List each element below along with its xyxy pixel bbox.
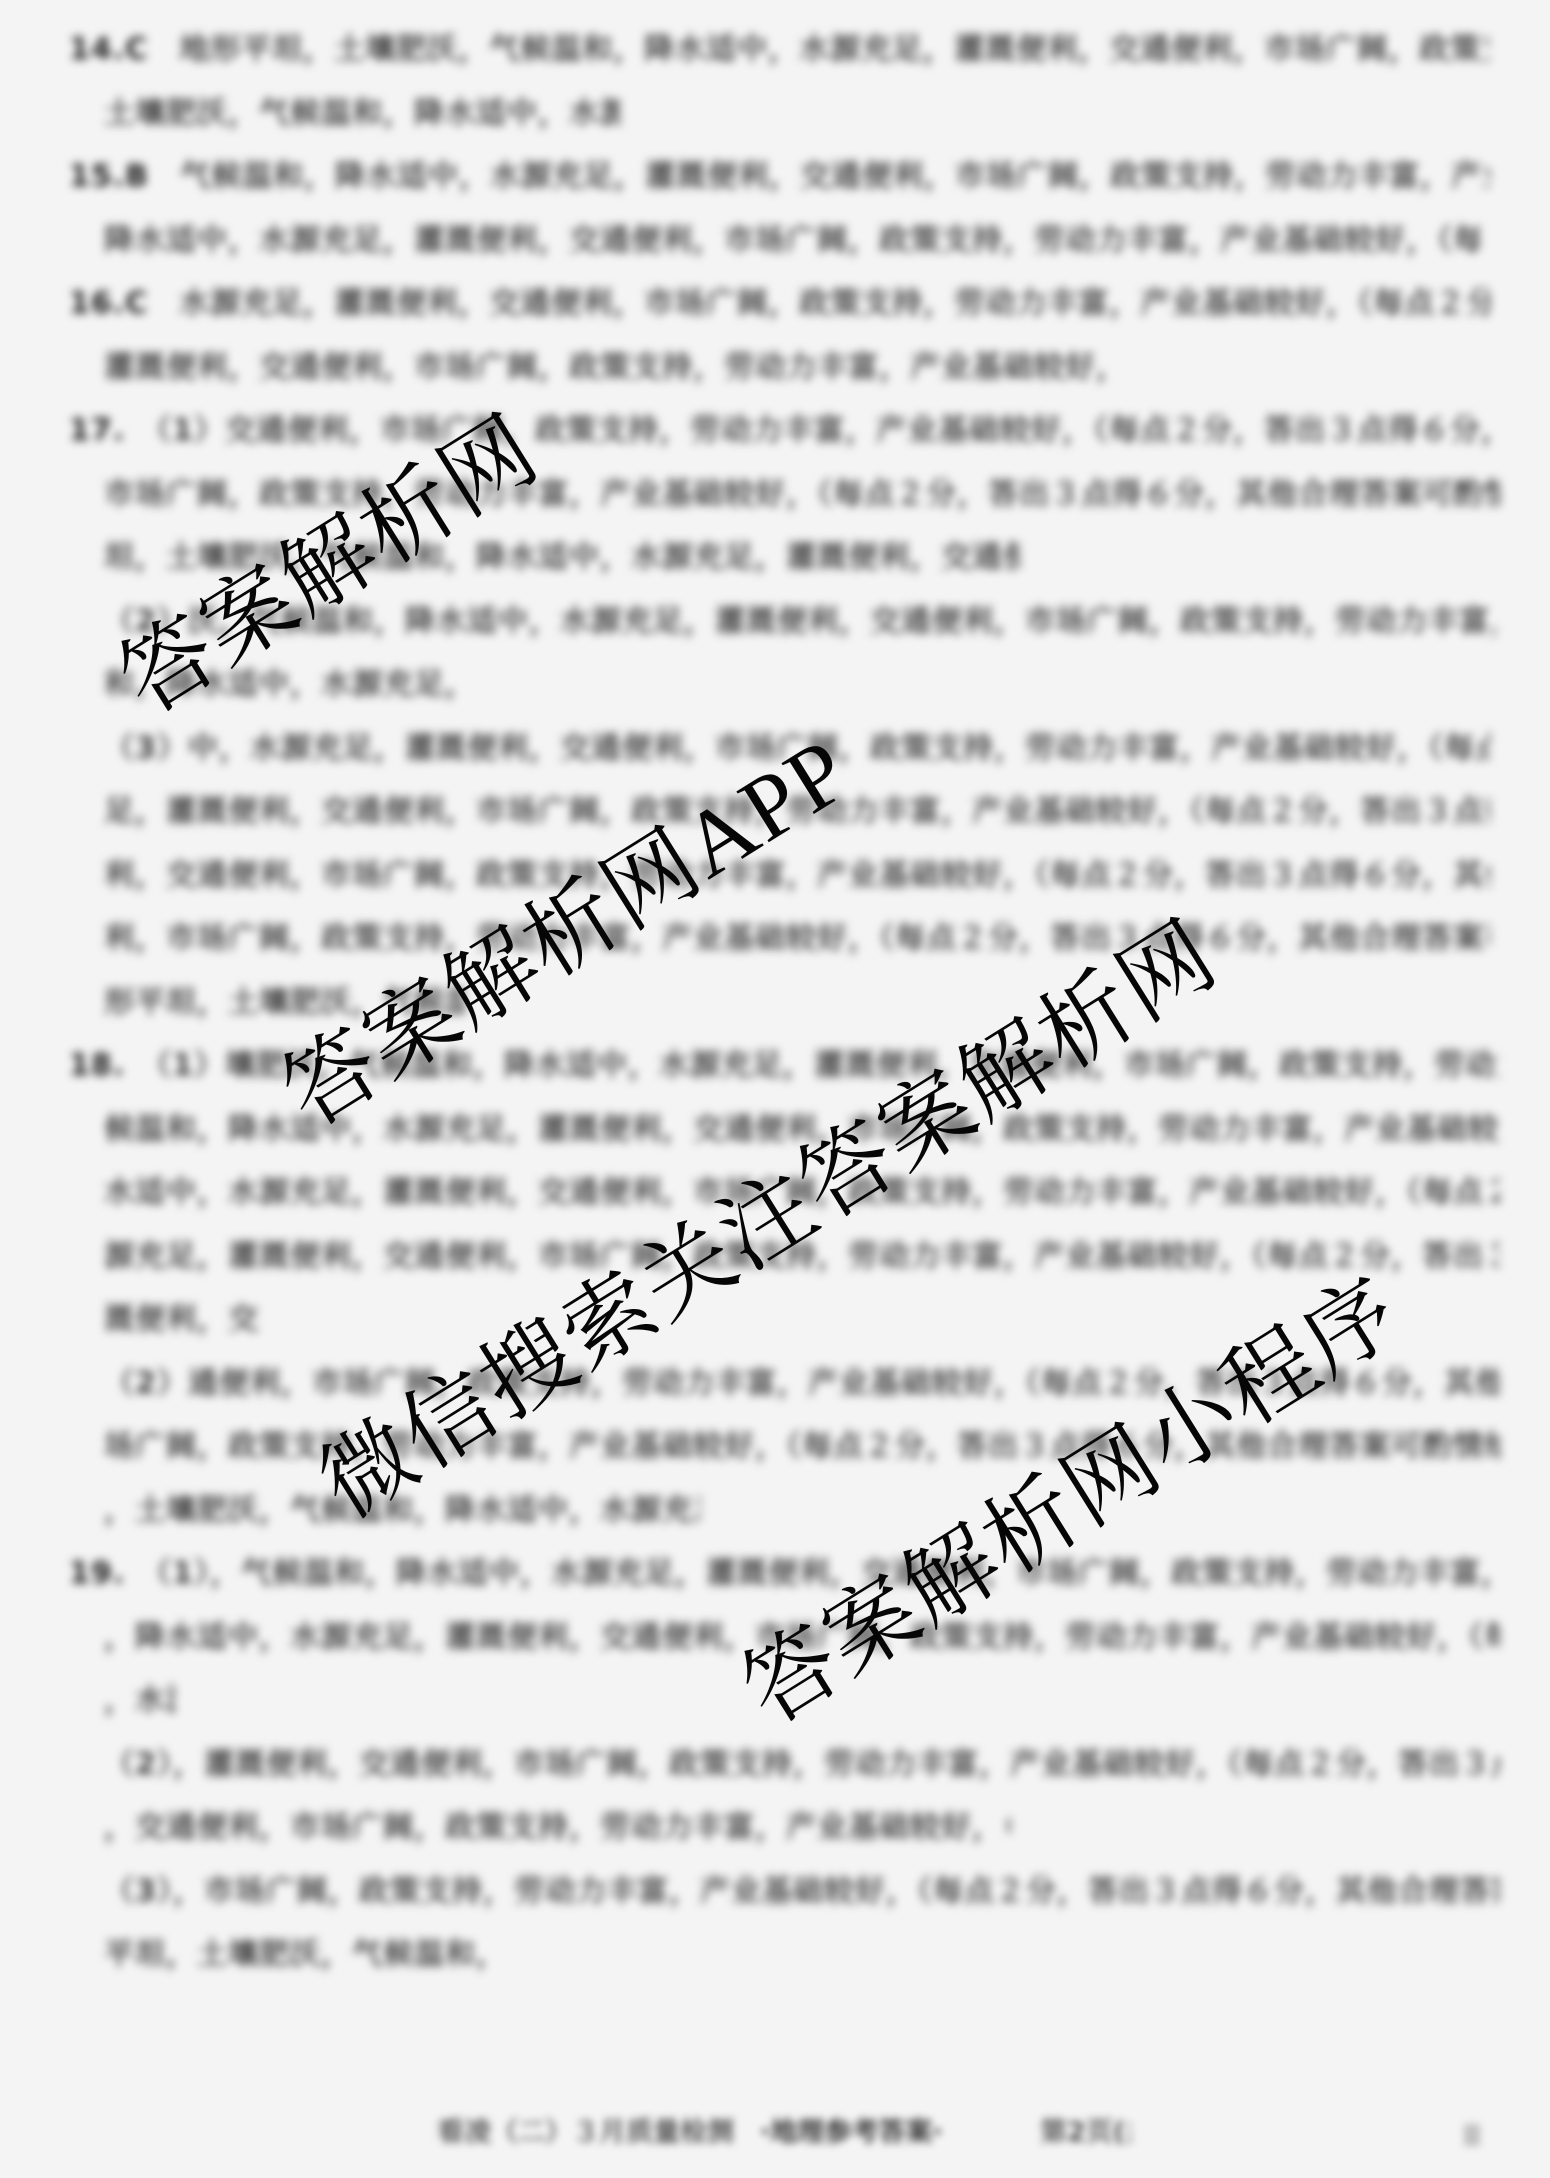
answer-item-row: 19. （1），气候温和，降水适中，水源充足，灌溉便利，交通便利，市场广阔，政策… <box>69 1553 1500 1595</box>
footer-text-segment: ·地理参考答案· <box>760 2114 990 2152</box>
answer-text-row: 市场广阔，政策支持，劳动力丰富，产业基础较好，（每点２分，答出３点得６分，其他合… <box>104 474 1500 516</box>
answer-text-row: 降水适中，水源充足，灌溉便利，交通便利，市场广阔，政策支持，劳动力丰富，产业基础… <box>104 220 1480 262</box>
answer-item-number: 18. <box>69 1048 156 1083</box>
answer-text-row: 利，交通便利，市场广阔，政策支持，劳动力丰富，产业基础较好，（每点２分，答出３点… <box>104 855 1490 897</box>
watermark-answer-site-miniprogram: 答案解析网小程序 <box>729 1262 1415 1739</box>
answer-item-number: 17. <box>69 413 156 448</box>
answer-text-row: （3），市场广阔，政策支持，劳动力丰富，产业基础较好，（每点２分，答出３点得６分… <box>104 1871 1500 1913</box>
scanned-answer-sheet-page: 14.C 地形平坦，土壤肥沃，气候温和，降水适中，水源充足，灌溉便利，交通便利，… <box>0 0 1550 2178</box>
footer-text-segment: 看凌（二）３月质量检测 <box>437 2114 755 2152</box>
answer-item-number: 14.C <box>69 32 179 67</box>
answer-item-row: 15.B 气候温和，降水适中，水源充足，灌溉便利，交通便利，市场广阔，政策支持，… <box>69 156 1490 198</box>
answer-text-row: 灌溉便利，交通便利，市场广阔，政策支持，劳动力丰富，产业基础较好，（每点２分，答… <box>104 347 1115 389</box>
answer-text-row: ，交通便利，市场广阔，政策支持，劳动力丰富，产业基础较好，（每点２分，答出３点得… <box>104 1807 1010 1849</box>
answer-text-row: 平坦，土壤肥沃，气候温和，降水适中，水源充足，灌溉便利，交通便利，市场广阔，政策… <box>104 1934 500 1976</box>
answer-text-row: （2），灌溉便利，交通便利，市场广阔，政策支持，劳动力丰富，产业基础较好，（每点… <box>104 1744 1500 1786</box>
answer-item-number: 16.C <box>69 286 179 321</box>
answer-item-row: 16.C 水源充足，灌溉便利，交通便利，市场广阔，政策支持，劳动力丰富，产业基础… <box>69 283 1490 325</box>
answer-text-row: ，水源充足，灌溉便利，交通便利，市场广阔，政策支持，劳动力丰富，产业基础较好，（… <box>104 1680 175 1722</box>
answer-item-row: 14.C 地形平坦，土壤肥沃，气候温和，降水适中，水源充足，灌溉便利，交通便利，… <box>69 29 1490 71</box>
answer-item-row: 17. （1）交通便利，市场广阔，政策支持，劳动力丰富，产业基础较好，（每点２分… <box>69 410 1490 452</box>
answer-text-row: 土壤肥沃，气候温和，降水适中，水源充足，灌溉便利，交通便利，市场广阔，政策支持，… <box>104 93 620 135</box>
answer-item-number: 19. <box>69 1556 156 1591</box>
answer-text-row: 溉便利，交通便利，市场广阔，政策支持，劳动力丰富，产业基础较好，（每点２分，答出… <box>104 1299 260 1341</box>
footer-faint-mark <box>1464 2124 1480 2146</box>
answer-item-number: 15.B <box>69 159 180 194</box>
answer-text-row: 利，市场广阔，政策支持，劳动力丰富，产业基础较好，（每点２分，答出３点得６分，其… <box>104 918 1490 960</box>
footer-text-segment: 第2页(共2页) <box>1040 2114 1132 2152</box>
